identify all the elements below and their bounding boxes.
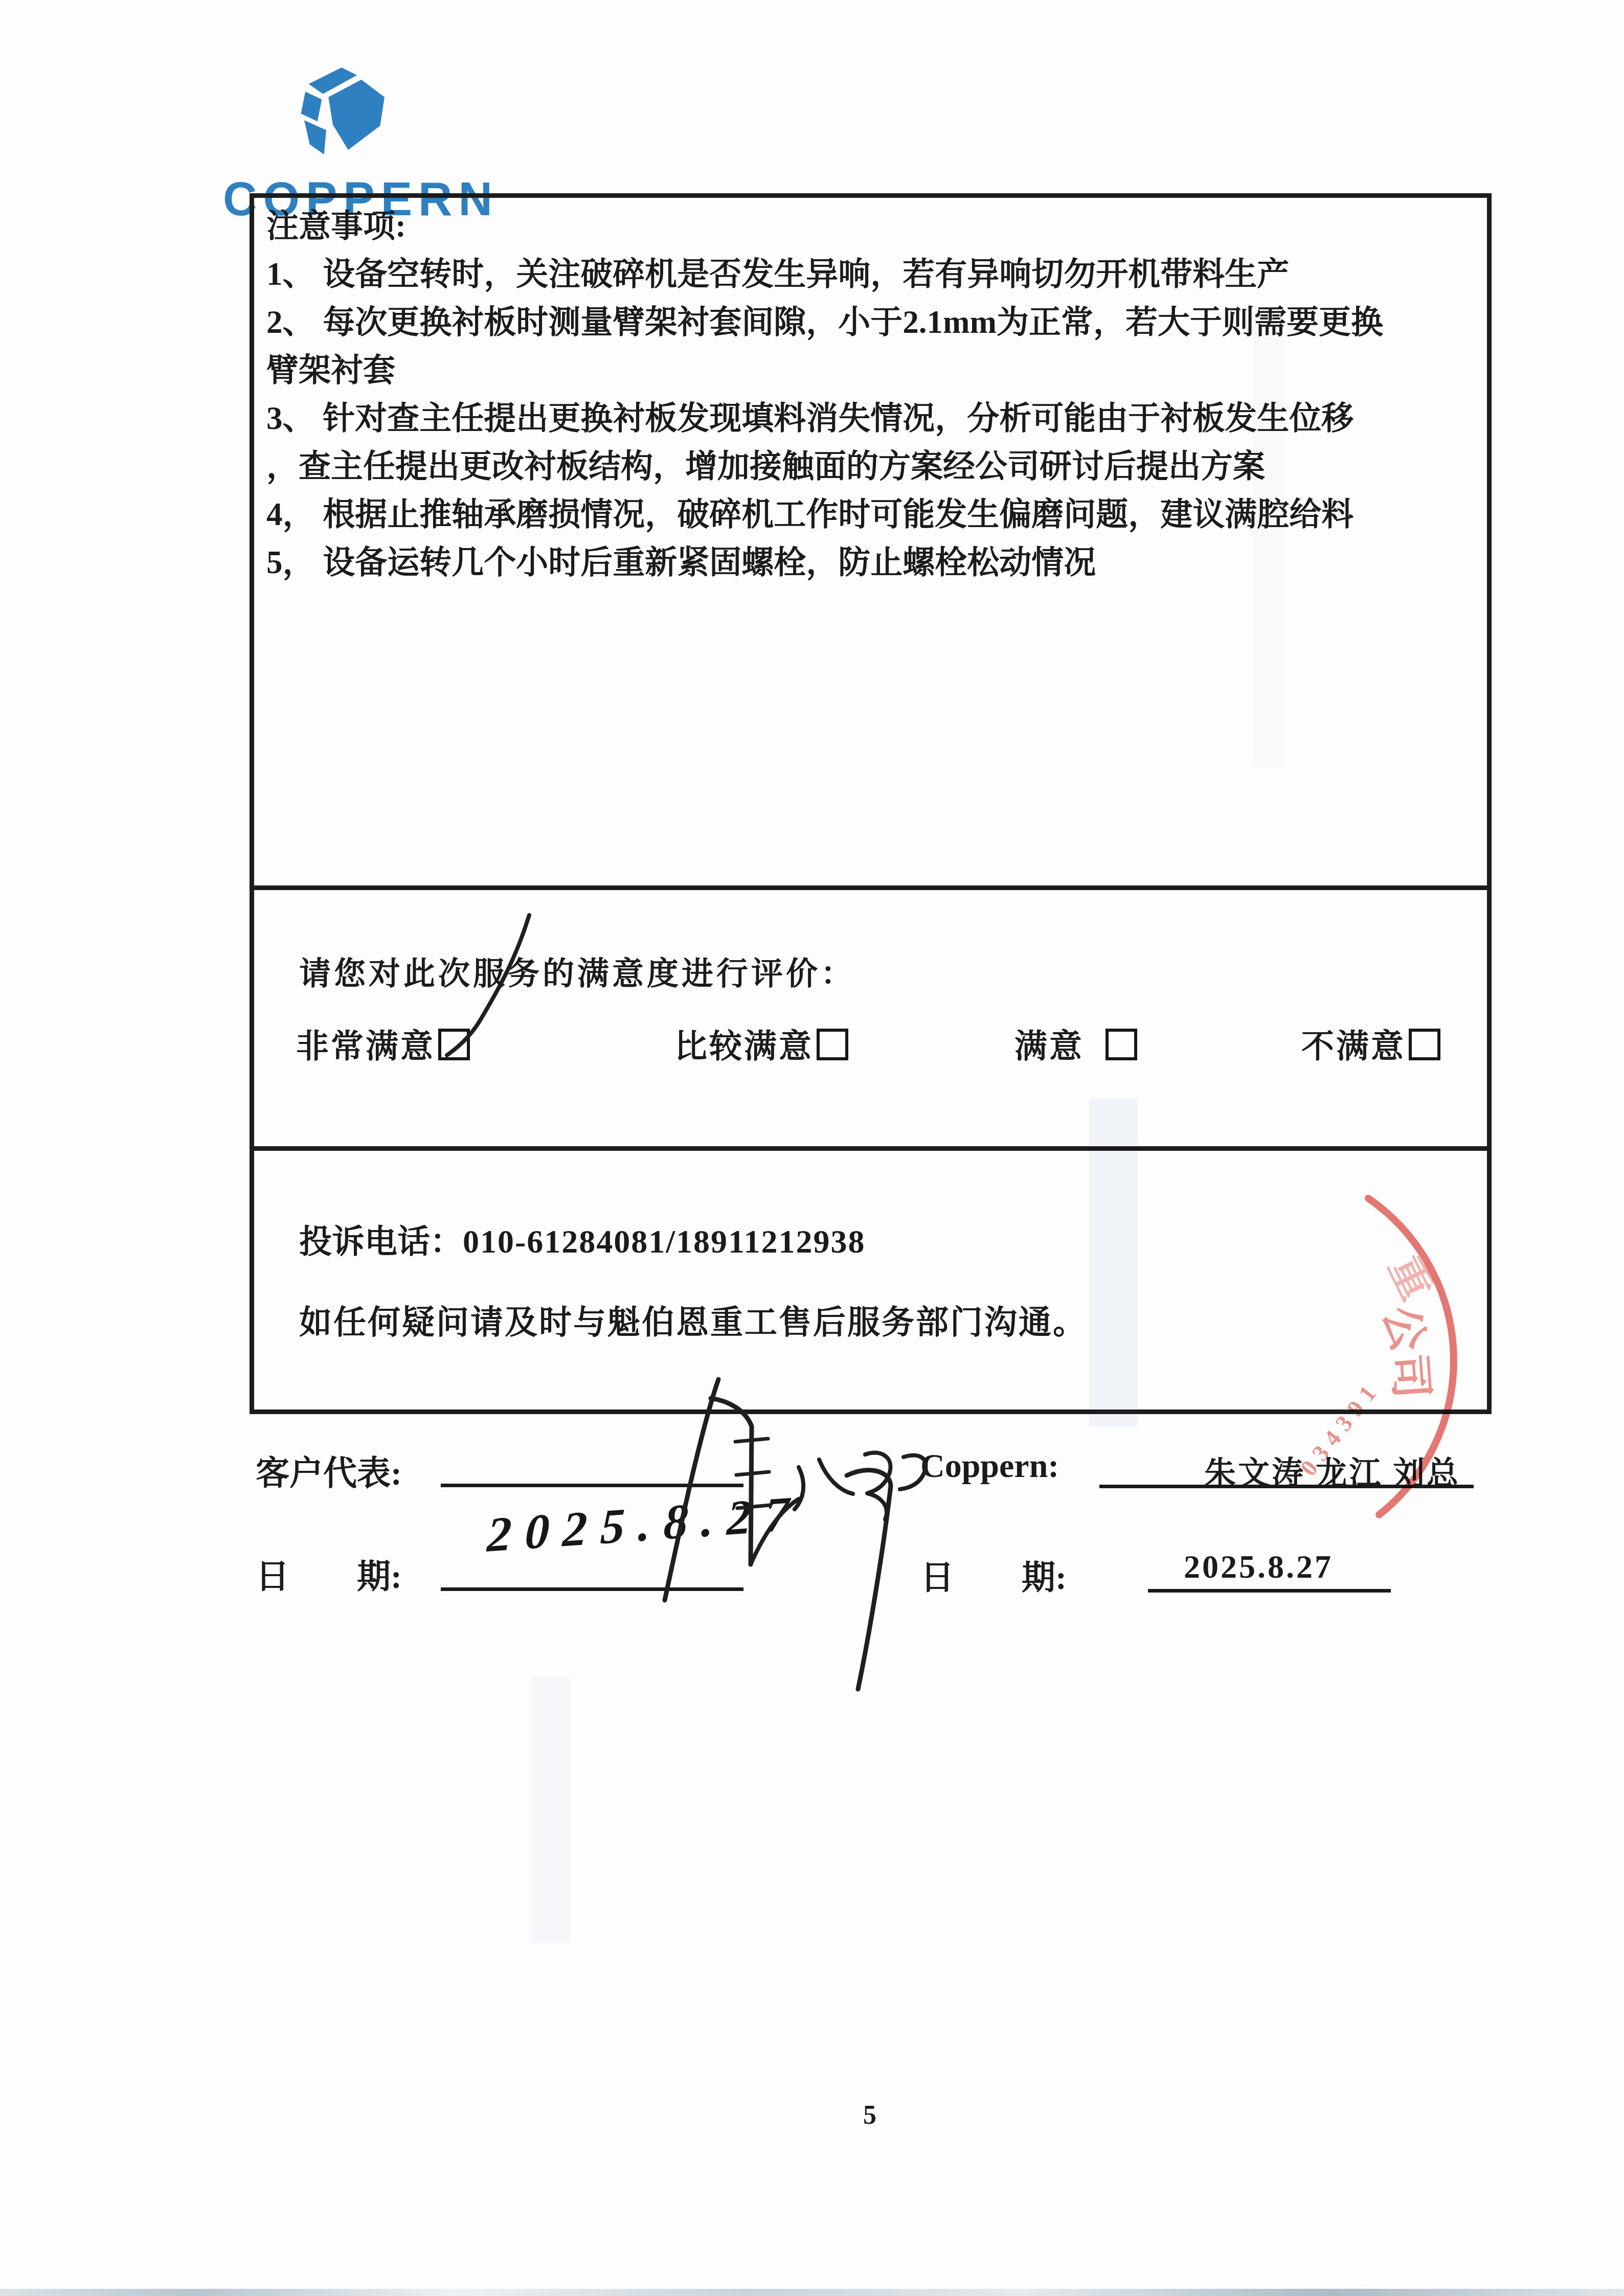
option-label: 满意 [1014,1028,1084,1064]
pen-stroke-seven-tail [832,1458,930,1698]
notice-line: 2、 每次更换衬板时测量臂架衬套间隙，小于2.1mm为正常，若大于则需要更换 [266,298,1478,346]
section-divider [254,885,1487,890]
stamp-char-faint: 重 [1380,1249,1440,1307]
notice-section: 注意事项: 1、 设备空转时，关注破碎机是否发生异响，若有异响切勿开机带料生产 … [266,202,1478,586]
pen-tick-stroke [424,905,557,1074]
phone-label: 投诉电话： [299,1223,463,1260]
stamp-char: 司 [1383,1352,1436,1401]
contact-note: 如任何疑问请及时与魁伯恩重工售后服务部门沟通。 [299,1296,1087,1343]
page-number: 5 [863,2100,876,2130]
scan-bottom-edge [0,2289,1624,2296]
scan-streak [532,1677,570,1943]
stamp-serial: 034391 [1295,1375,1386,1481]
phone-number: 010-61284081/18911212938 [463,1223,866,1260]
notice-line: 5， 设备运转几个小时后重新紧固螺栓，防止螺栓松动情况 [266,538,1478,586]
option-label: 非常满意 [296,1028,435,1064]
notice-line: 臂架衬套 [266,346,1478,394]
option-label: 不满意 [1301,1028,1406,1064]
coppern-date-line [1148,1589,1391,1593]
customer-representative-label: 客户代表: [256,1446,402,1494]
option-label: 比较满意 [674,1028,814,1064]
company-stamp: 重 公 司 034391 [1202,1150,1519,1585]
survey-option-quite-satisfied: 比较满意 [674,1020,848,1067]
notice-line: 1、 设备空转时，关注破碎机是否发生异响，若有异响切勿开机带料生产 [266,250,1478,298]
stamp-char: 公 [1373,1301,1434,1357]
notice-line: ，查主任提出更改衬板结构，增加接触面的方案经公司研讨后提出方案 [266,442,1478,490]
complaint-phone-line: 投诉电话：010-61284081/18911212938 [299,1215,866,1262]
survey-option-unsatisfied: 不满意 [1301,1020,1440,1067]
survey-option-satisfied: 满意 [1014,1020,1137,1067]
checkbox [817,1029,848,1060]
notice-line: 3、 针对查主任提出更换衬板发现填料消失情况，分析可能由于衬板发生位移 [266,394,1478,442]
scanned-document-page: COPPERN 注意事项: 1、 设备空转时，关注破碎机是否发生异响，若有异响切… [0,0,1624,2296]
checkbox [1409,1029,1440,1060]
checkbox [1106,1029,1137,1060]
customer-date-label: 日 期: [256,1549,402,1598]
survey-prompt: 请您对此次服务的满意度进行评价： [299,948,855,994]
notice-title: 注意事项: [266,202,1478,250]
notice-line: 4， 根据止推轴承磨损情况，破碎机工作时可能发生偏磨问题，建议满腔给料 [266,490,1478,538]
coppern-crate-logo-icon [282,57,392,172]
